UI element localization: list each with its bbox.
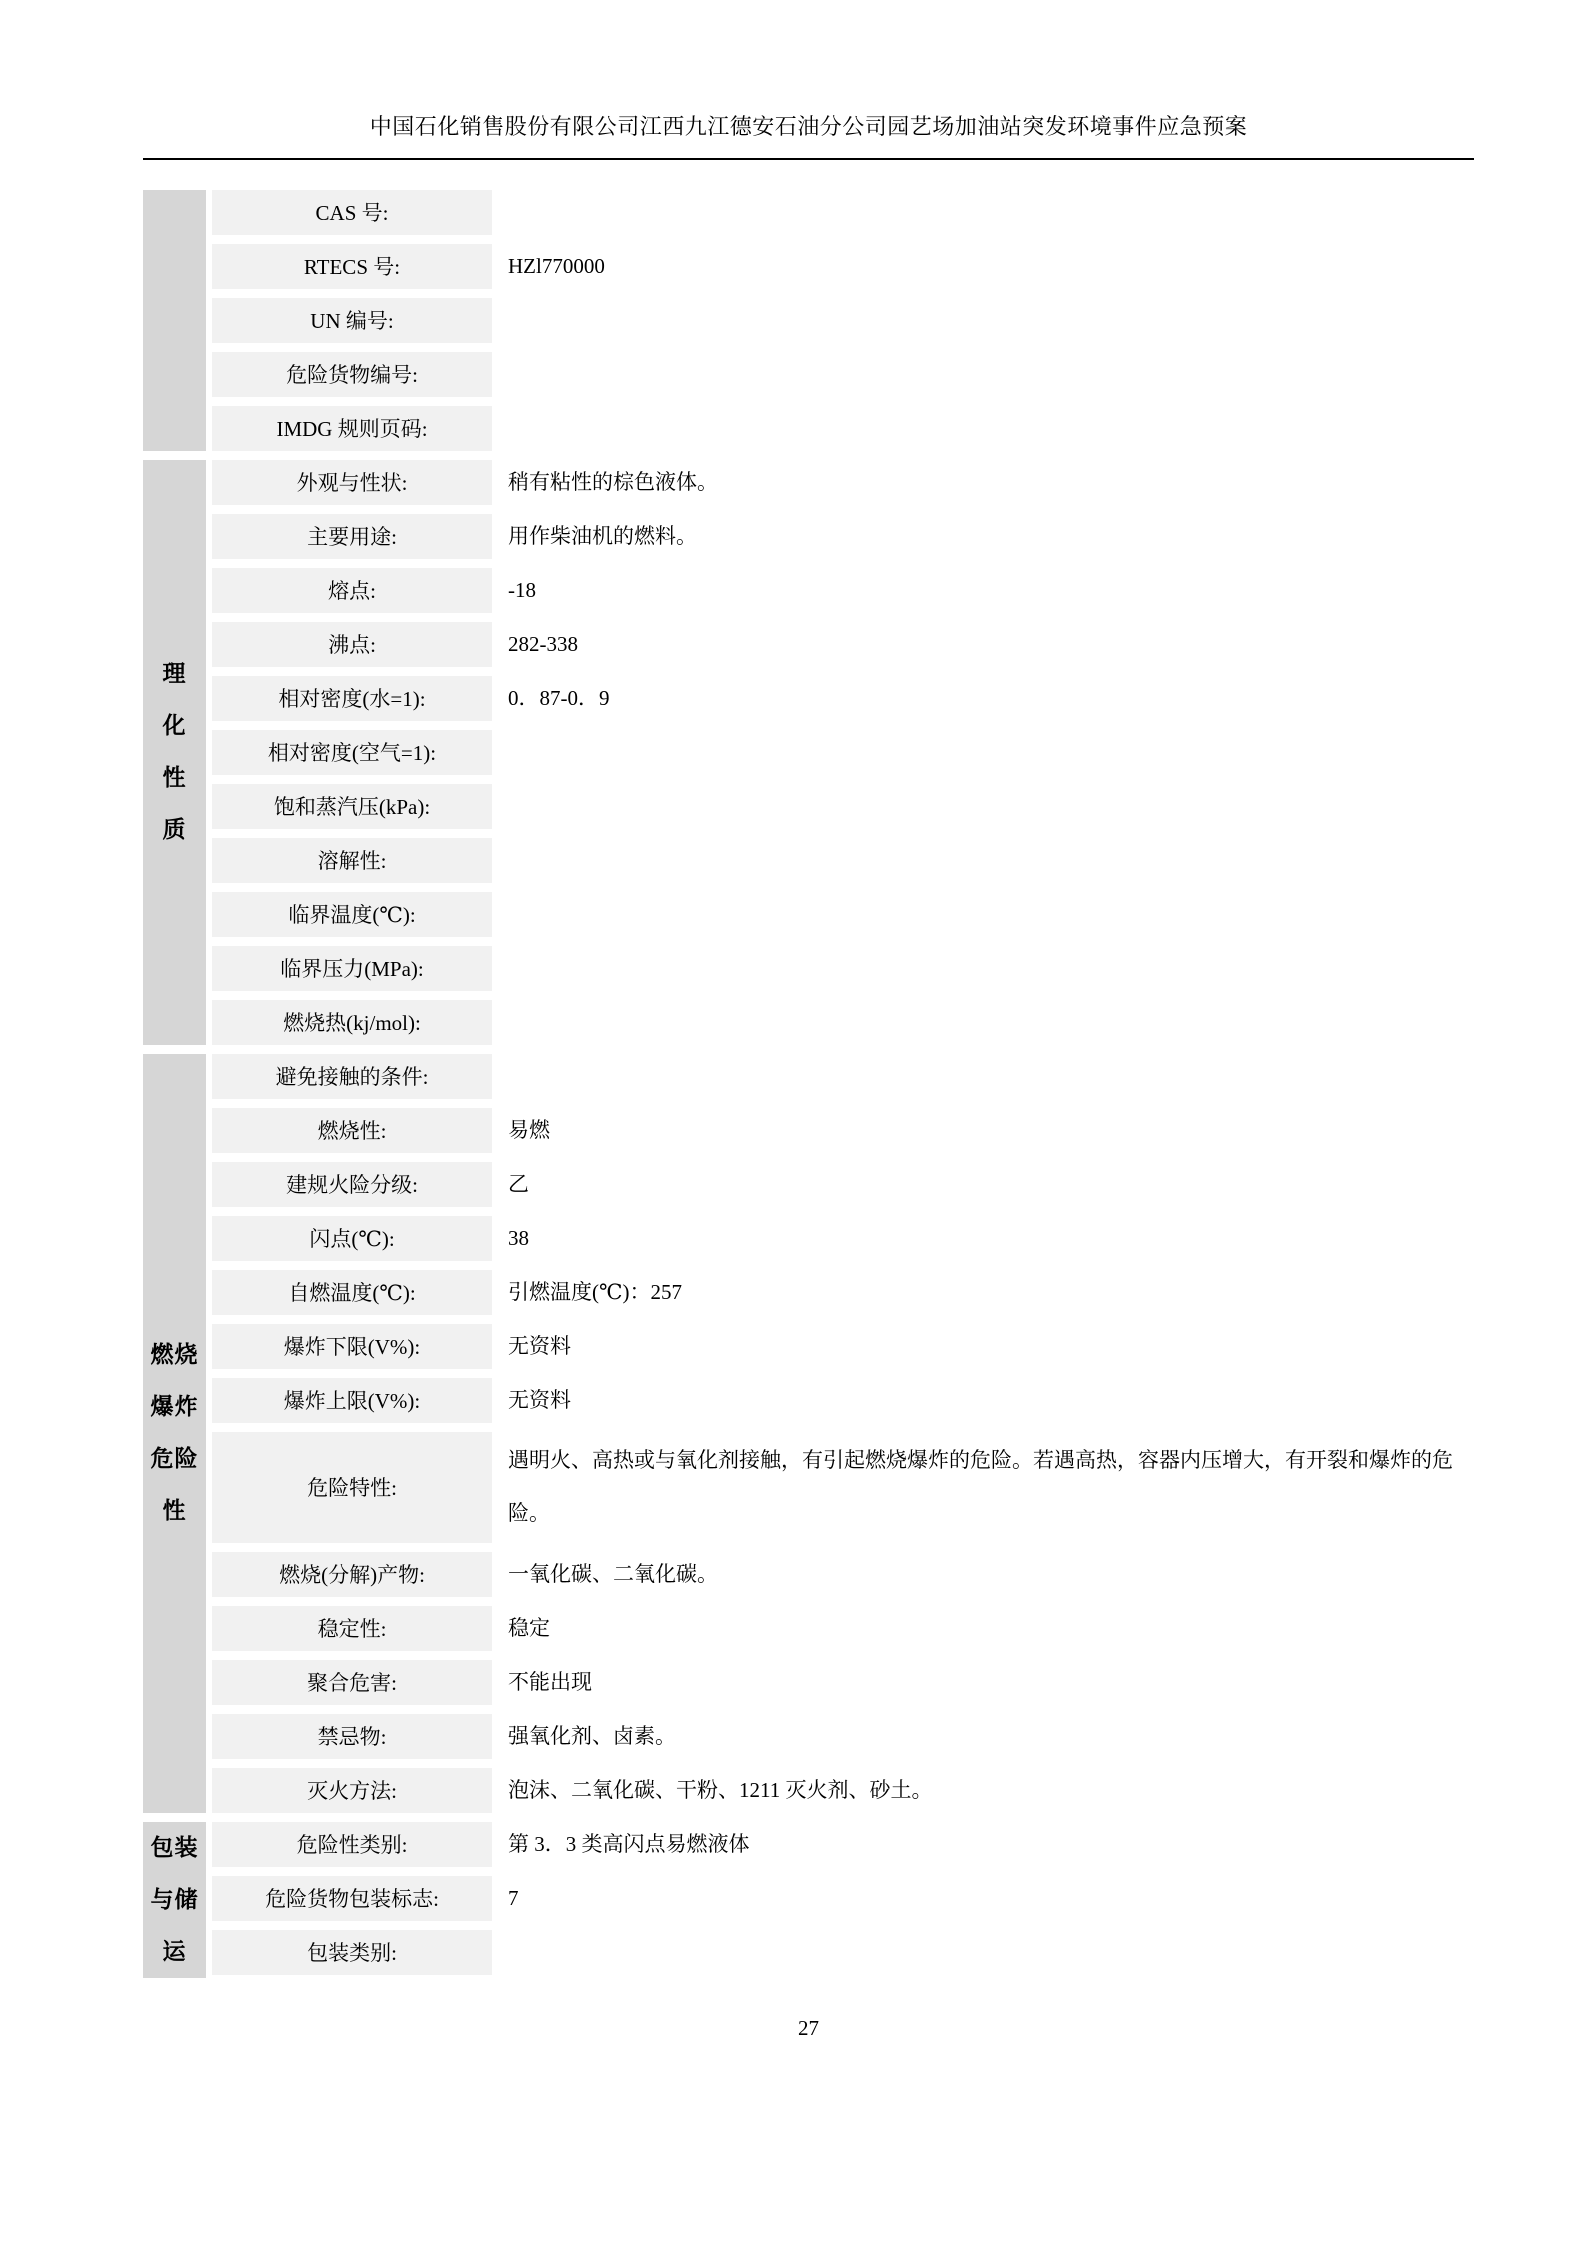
row-value: 稍有粘性的棕色液体。 xyxy=(500,460,1474,505)
category-label: 包装 xyxy=(151,1822,199,1874)
table-row: 沸点:282-338 xyxy=(212,622,1474,667)
row-value xyxy=(500,730,1474,775)
document-header-title: 中国石化销售股份有限公司江西九江德安石油分公司园艺场加油站突发环境事件应急预案 xyxy=(143,112,1474,142)
row-value: HZl770000 xyxy=(500,244,1474,289)
row-label: 稳定性: xyxy=(212,1606,492,1651)
row-label: 危险性类别: xyxy=(212,1822,492,1867)
category-cell: 包装与储运 xyxy=(143,1822,206,1978)
row-label: 爆炸下限(V%): xyxy=(212,1324,492,1369)
group-rows: 外观与性状:稍有粘性的棕色液体。主要用途:用作柴油机的燃料。熔点:-18沸点:2… xyxy=(212,460,1474,1045)
row-label: UN 编号: xyxy=(212,298,492,343)
row-value xyxy=(500,190,1474,235)
row-value: 引燃温度(℃)：257 xyxy=(500,1270,1474,1315)
row-value: -18 xyxy=(500,568,1474,613)
row-value: 稳定 xyxy=(500,1606,1474,1651)
table-group: CAS 号:RTECS 号:HZl770000UN 编号:危险货物编号:IMDG… xyxy=(143,190,1474,451)
category-label: 运 xyxy=(163,1926,187,1978)
row-label: RTECS 号: xyxy=(212,244,492,289)
row-label: 聚合危害: xyxy=(212,1660,492,1705)
category-label: 性 xyxy=(163,1485,187,1537)
row-value: 强氧化剂、卤素。 xyxy=(500,1714,1474,1759)
table-row: 相对密度(水=1):0．87-0．9 xyxy=(212,676,1474,721)
table-row: 外观与性状:稍有粘性的棕色液体。 xyxy=(212,460,1474,505)
row-value xyxy=(500,784,1474,829)
group-rows: 危险性类别:第 3．3 类高闪点易燃液体危险货物包装标志:7包装类别: xyxy=(212,1822,1474,1978)
row-value: 用作柴油机的燃料。 xyxy=(500,514,1474,559)
row-value xyxy=(500,1054,1474,1099)
row-label: 饱和蒸汽压(kPa): xyxy=(212,784,492,829)
category-label: 爆炸 xyxy=(151,1381,199,1433)
row-label: 熔点: xyxy=(212,568,492,613)
row-value: 第 3．3 类高闪点易燃液体 xyxy=(500,1822,1474,1867)
table-row: 主要用途:用作柴油机的燃料。 xyxy=(212,514,1474,559)
row-label: 主要用途: xyxy=(212,514,492,559)
table-row: 爆炸下限(V%):无资料 xyxy=(212,1324,1474,1369)
table-row: 避免接触的条件: xyxy=(212,1054,1474,1099)
category-label: 化 xyxy=(163,700,187,752)
row-value xyxy=(500,298,1474,343)
category-label: 性 xyxy=(163,752,187,804)
table-row: 燃烧性:易燃 xyxy=(212,1108,1474,1153)
table-row: 临界压力(MPa): xyxy=(212,946,1474,991)
row-value xyxy=(500,946,1474,991)
table-row: 禁忌物:强氧化剂、卤素。 xyxy=(212,1714,1474,1759)
table-row: 爆炸上限(V%):无资料 xyxy=(212,1378,1474,1423)
page-content: 中国石化销售股份有限公司江西九江德安石油分公司园艺场加油站突发环境事件应急预案 … xyxy=(143,0,1474,1987)
table-row: 溶解性: xyxy=(212,838,1474,883)
row-label: 灭火方法: xyxy=(212,1768,492,1813)
category-cell xyxy=(143,190,206,451)
table-row: RTECS 号:HZl770000 xyxy=(212,244,1474,289)
table-group: 燃烧爆炸危险性避免接触的条件:燃烧性:易燃建规火险分级:乙闪点(℃):38自燃温… xyxy=(143,1054,1474,1813)
table-row: CAS 号: xyxy=(212,190,1474,235)
row-value xyxy=(500,352,1474,397)
row-label: 闪点(℃): xyxy=(212,1216,492,1261)
row-label: IMDG 规则页码: xyxy=(212,406,492,451)
table-row: 熔点:-18 xyxy=(212,568,1474,613)
row-value xyxy=(500,1000,1474,1045)
group-rows: 避免接触的条件:燃烧性:易燃建规火险分级:乙闪点(℃):38自燃温度(℃):引燃… xyxy=(212,1054,1474,1813)
row-label: 临界压力(MPa): xyxy=(212,946,492,991)
page-number: 27 xyxy=(143,2016,1474,2041)
chemical-properties-table: CAS 号:RTECS 号:HZl770000UN 编号:危险货物编号:IMDG… xyxy=(143,190,1474,1978)
row-label: 相对密度(水=1): xyxy=(212,676,492,721)
row-label: 自燃温度(℃): xyxy=(212,1270,492,1315)
row-label: 禁忌物: xyxy=(212,1714,492,1759)
category-cell: 理化性质 xyxy=(143,460,206,1045)
row-label: 避免接触的条件: xyxy=(212,1054,492,1099)
row-label: 燃烧热(kj/mol): xyxy=(212,1000,492,1045)
header-rule xyxy=(143,158,1474,160)
table-row: 相对密度(空气=1): xyxy=(212,730,1474,775)
row-value: 乙 xyxy=(500,1162,1474,1207)
row-value xyxy=(500,838,1474,883)
table-row: 闪点(℃):38 xyxy=(212,1216,1474,1261)
category-label: 燃烧 xyxy=(151,1329,199,1381)
document-page: 中国石化销售股份有限公司江西九江德安石油分公司园艺场加油站突发环境事件应急预案 … xyxy=(0,0,1587,2245)
table-row: 饱和蒸汽压(kPa): xyxy=(212,784,1474,829)
table-row: 燃烧热(kj/mol): xyxy=(212,1000,1474,1045)
row-value xyxy=(500,406,1474,451)
table-row: 聚合危害:不能出现 xyxy=(212,1660,1474,1705)
table-row: UN 编号: xyxy=(212,298,1474,343)
row-label: 相对密度(空气=1): xyxy=(212,730,492,775)
table-row: 自燃温度(℃):引燃温度(℃)：257 xyxy=(212,1270,1474,1315)
row-value: 无资料 xyxy=(500,1378,1474,1423)
row-label: 沸点: xyxy=(212,622,492,667)
row-value: 282-338 xyxy=(500,622,1474,667)
row-label: 临界温度(℃): xyxy=(212,892,492,937)
row-label: 建规火险分级: xyxy=(212,1162,492,1207)
category-cell: 燃烧爆炸危险性 xyxy=(143,1054,206,1813)
row-label: 外观与性状: xyxy=(212,460,492,505)
row-label: 危险货物编号: xyxy=(212,352,492,397)
table-row: 稳定性:稳定 xyxy=(212,1606,1474,1651)
row-label: 燃烧(分解)产物: xyxy=(212,1552,492,1597)
table-row: 燃烧(分解)产物:一氧化碳、二氧化碳。 xyxy=(212,1552,1474,1597)
category-label: 危险 xyxy=(151,1433,199,1485)
category-label: 质 xyxy=(163,804,187,856)
row-label: 爆炸上限(V%): xyxy=(212,1378,492,1423)
table-row: 建规火险分级:乙 xyxy=(212,1162,1474,1207)
row-label: 燃烧性: xyxy=(212,1108,492,1153)
group-rows: CAS 号:RTECS 号:HZl770000UN 编号:危险货物编号:IMDG… xyxy=(212,190,1474,451)
category-label: 与储 xyxy=(151,1874,199,1926)
row-label: 危险特性: xyxy=(212,1432,492,1543)
row-value: 38 xyxy=(500,1216,1474,1261)
table-group: 理化性质外观与性状:稍有粘性的棕色液体。主要用途:用作柴油机的燃料。熔点:-18… xyxy=(143,460,1474,1045)
row-value: 一氧化碳、二氧化碳。 xyxy=(500,1552,1474,1597)
row-label: 危险货物包装标志: xyxy=(212,1876,492,1921)
table-row: 包装类别: xyxy=(212,1930,1474,1975)
row-value: 无资料 xyxy=(500,1324,1474,1369)
row-label: CAS 号: xyxy=(212,190,492,235)
table-row: 危险货物包装标志:7 xyxy=(212,1876,1474,1921)
row-value: 易燃 xyxy=(500,1108,1474,1153)
row-label: 包装类别: xyxy=(212,1930,492,1975)
table-row: 灭火方法:泡沫、二氧化碳、干粉、1211 灭火剂、砂土。 xyxy=(212,1768,1474,1813)
row-value: 0．87-0．9 xyxy=(500,676,1474,721)
row-value: 7 xyxy=(500,1876,1474,1921)
table-row: 危险性类别:第 3．3 类高闪点易燃液体 xyxy=(212,1822,1474,1867)
table-row: 危险特性:遇明火、高热或与氧化剂接触，有引起燃烧爆炸的危险。若遇高热，容器内压增… xyxy=(212,1432,1474,1543)
table-row: IMDG 规则页码: xyxy=(212,406,1474,451)
table-group: 包装与储运危险性类别:第 3．3 类高闪点易燃液体危险货物包装标志:7包装类别: xyxy=(143,1822,1474,1978)
category-label: 理 xyxy=(163,648,187,700)
table-row: 危险货物编号: xyxy=(212,352,1474,397)
row-label: 溶解性: xyxy=(212,838,492,883)
row-value xyxy=(500,892,1474,937)
row-value: 泡沫、二氧化碳、干粉、1211 灭火剂、砂土。 xyxy=(500,1768,1474,1813)
row-value xyxy=(500,1930,1474,1975)
row-value: 遇明火、高热或与氧化剂接触，有引起燃烧爆炸的危险。若遇高热，容器内压增大，有开裂… xyxy=(500,1432,1474,1543)
row-value: 不能出现 xyxy=(500,1660,1474,1705)
table-row: 临界温度(℃): xyxy=(212,892,1474,937)
